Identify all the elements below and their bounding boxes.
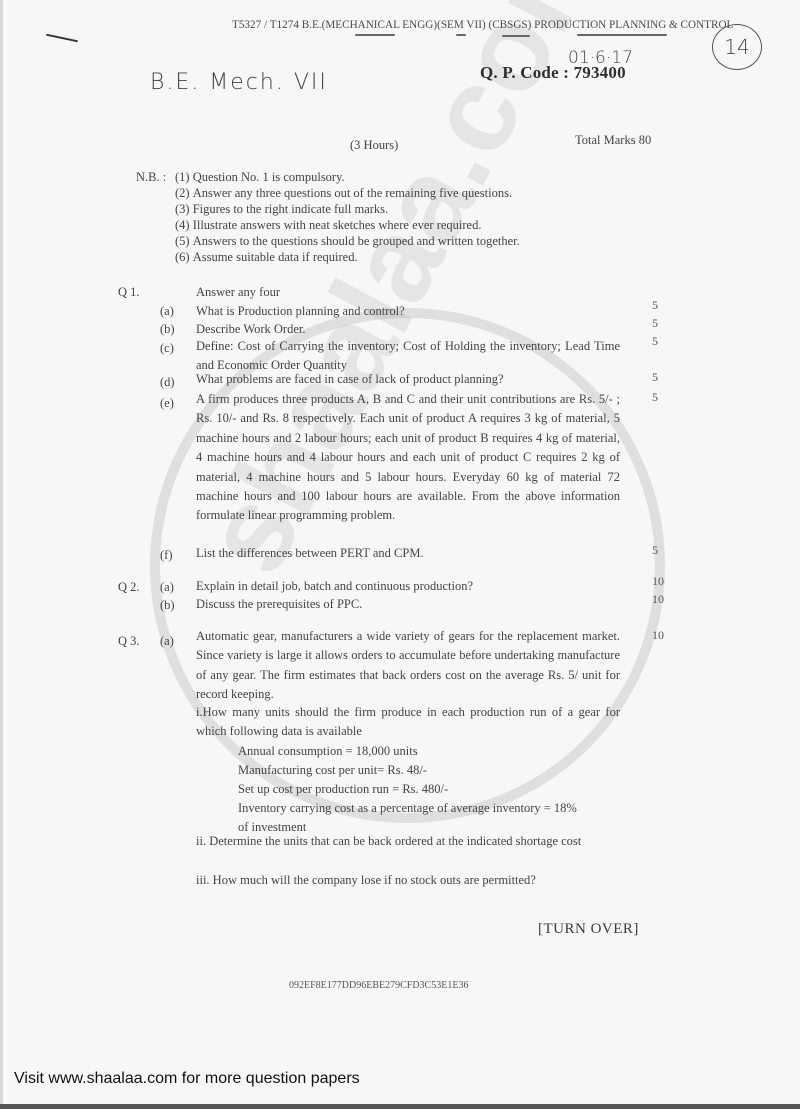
paper-hash-code: 092EF8E177DD96EBE279CFD3C53E1E36	[289, 980, 468, 991]
part-label: (c)	[160, 341, 174, 356]
part-label: (b)	[160, 598, 175, 613]
part-label: (a)	[160, 580, 174, 595]
sub-question-i: i.How many units should the firm produce…	[196, 703, 620, 742]
part-text: List the differences between PERT and CP…	[196, 546, 424, 561]
part-marks: 5	[652, 316, 658, 331]
question-paper-page: shaalaa.com T5327 / T1274 B.E.(MECHANICA…	[0, 0, 800, 1109]
handwritten-course: B.E. Mech. VII	[150, 70, 328, 95]
part-label: (f)	[160, 548, 173, 563]
instruction-item: (5) Answers to the questions should be g…	[175, 234, 520, 249]
part-marks: 5	[652, 370, 658, 385]
instruction-item: (2) Answer any three questions out of th…	[175, 186, 512, 201]
part-text: A firm produces three products A, B and …	[196, 390, 620, 526]
part-text: Define: Cost of Carrying the inventory; …	[196, 337, 620, 376]
question-number: Q 1.	[118, 285, 140, 300]
sub-question-iii: iii. How much will the company lose if n…	[196, 873, 536, 888]
footer: Visit www.shaalaa.com for more question …	[0, 1056, 800, 1109]
part-label: (a)	[160, 304, 174, 319]
part-marks: 5	[652, 298, 658, 313]
part-text: What is Production planning and control?	[196, 304, 405, 319]
part-label: (a)	[160, 634, 174, 649]
sub-question-ii: ii. Determine the units that can be back…	[196, 832, 620, 851]
paper-title-line: T5327 / T1274 B.E.(MECHANICAL ENGG)(SEM …	[232, 19, 733, 31]
exam-duration: (3 Hours)	[350, 138, 398, 153]
data-line: Inventory carrying cost as a percentage …	[238, 801, 577, 816]
part-marks: 10	[652, 592, 664, 607]
turn-over-label: [TURN OVER]	[538, 921, 639, 938]
part-label: (b)	[160, 322, 175, 337]
data-line: Annual consumption = 18,000 units	[238, 744, 418, 759]
handwritten-underline	[355, 34, 395, 36]
instruction-item: (1) Question No. 1 is compulsory.	[175, 170, 345, 185]
total-marks: Total Marks 80	[575, 133, 651, 148]
handwritten-underline	[577, 34, 667, 36]
question-number: Q 3.	[118, 634, 140, 649]
part-text: Discuss the prerequisites of PPC.	[196, 597, 362, 612]
part-marks: 5	[652, 334, 658, 349]
instruction-item: (4) Illustrate answers with neat sketche…	[175, 218, 481, 233]
handwritten-page-number: 14	[712, 24, 762, 70]
part-marks: 10	[652, 628, 664, 643]
part-text: Describe Work Order.	[196, 322, 306, 337]
part-text: What problems are faced in case of lack …	[196, 372, 504, 387]
part-marks: 5	[652, 543, 658, 558]
part-marks: 10	[652, 574, 664, 589]
footer-link-text[interactable]: Visit www.shaalaa.com for more question …	[14, 1070, 360, 1088]
instructions-label: N.B. :	[136, 170, 166, 185]
instruction-item: (6) Assume suitable data if required.	[175, 250, 358, 265]
question-intro: Automatic gear, manufacturers a wide var…	[196, 627, 620, 705]
data-line: Set up cost per production run = Rs. 480…	[238, 782, 448, 797]
scan-edge	[0, 0, 3, 1109]
question-number: Q 2.	[118, 580, 140, 595]
data-line: Manufacturing cost per unit= Rs. 48/-	[238, 763, 427, 778]
part-text: Explain in detail job, batch and continu…	[196, 579, 473, 594]
part-marks: 5	[652, 390, 658, 405]
handwritten-underline	[502, 35, 530, 37]
footer-divider	[0, 1104, 800, 1109]
handwritten-mark	[46, 34, 78, 43]
question-intro: Answer any four	[196, 285, 280, 300]
handwritten-underline	[456, 34, 466, 36]
part-label: (d)	[160, 375, 175, 390]
qp-code: Q. P. Code : 793400	[480, 63, 626, 83]
instruction-item: (3) Figures to the right indicate full m…	[175, 202, 388, 217]
part-label: (e)	[160, 396, 174, 411]
